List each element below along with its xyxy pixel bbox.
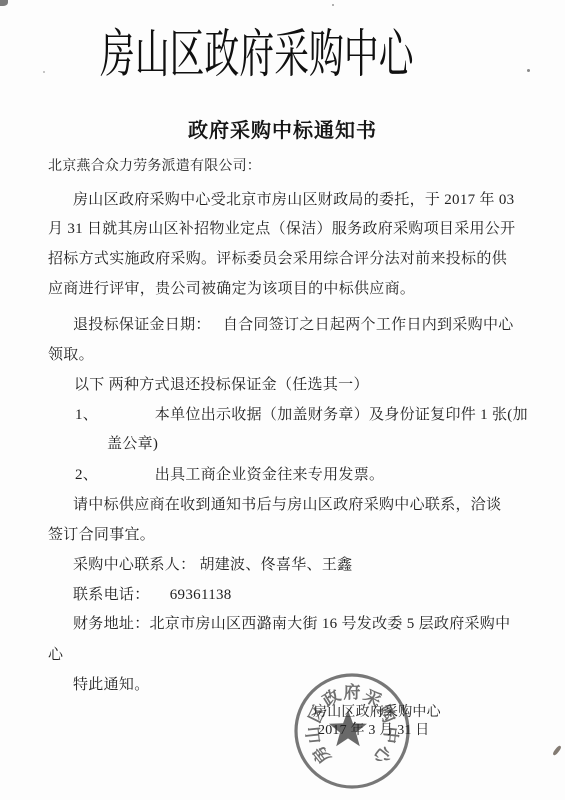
body-line: 招标方式实施政府采购。评标委员会采用综合评分法对前来投标的供 [48, 249, 507, 269]
scan-speck [527, 69, 530, 72]
list-item-1-wrap: 盖公章) [107, 434, 158, 454]
signature-org: 房山区政府采购中心 [313, 704, 441, 721]
body-line: 领取。 [48, 345, 94, 365]
body-line: 请中标供应商在收到通知书后与房山区政府采购中心联系，洽谈 [73, 495, 501, 515]
recipient-line: 北京燕合众力劳务派遣有限公司： [48, 157, 261, 177]
closing-line: 特此通知。 [73, 675, 150, 695]
seal-char: 府 [344, 682, 361, 702]
body-line: 月 31 日就其房山区补招物业定点（保洁）服务政府采购项目采用公开 [48, 219, 515, 239]
pen-smudge-artifact [552, 745, 562, 756]
finance-address-wrap: 心 [48, 645, 63, 665]
seal-char: 房 [308, 742, 335, 768]
body-line: 应商进行评审，贵公司被确定为该项目的中标供应商。 [48, 279, 415, 299]
seal-char: 心 [369, 742, 396, 768]
scan-speck [332, 4, 334, 6]
list-item-1: 1、 本单位出示收据（加盖财务章）及身份证复印件 1 张(加 [75, 405, 528, 425]
signature-date: 2017 年 3 月 31 日 [318, 722, 430, 739]
contact-phone-line: 联系电话： 69361138 [73, 585, 232, 605]
body-line: 房山区政府采购中心受北京市房山区财政局的委托，于 2017 年 03 [73, 190, 514, 210]
scan-speck [43, 71, 45, 73]
document-subtitle: 政府采购中标通知书 [0, 114, 565, 143]
letterhead-title: 房山区政府采购中心 [100, 27, 565, 84]
list-item-2: 2、 出具工商企业资金往来专用发票。 [75, 465, 384, 485]
body-line: 以下 两种方式退还投标保证金（任选其一） [74, 375, 369, 395]
contact-names-line: 采购中心联系人： 胡建波、佟喜华、王鑫 [73, 555, 352, 575]
finance-address-line: 财务地址：北京市房山区西潞南大街 16 号发改委 5 层政府采购中 [73, 614, 510, 634]
scan-corner-artifact [0, 0, 8, 6]
body-line: 退投标保证金日期： 自合同签订之日起两个工作日内到采购中心 [73, 315, 514, 335]
body-line: 签订合同事宜。 [48, 525, 155, 545]
document-page: 房山区政府采购中心 政府采购中标通知书 北京燕合众力劳务派遣有限公司： 房山区政… [0, 0, 565, 800]
letterhead-title-text: 房山区政府采购中心 [100, 27, 414, 84]
